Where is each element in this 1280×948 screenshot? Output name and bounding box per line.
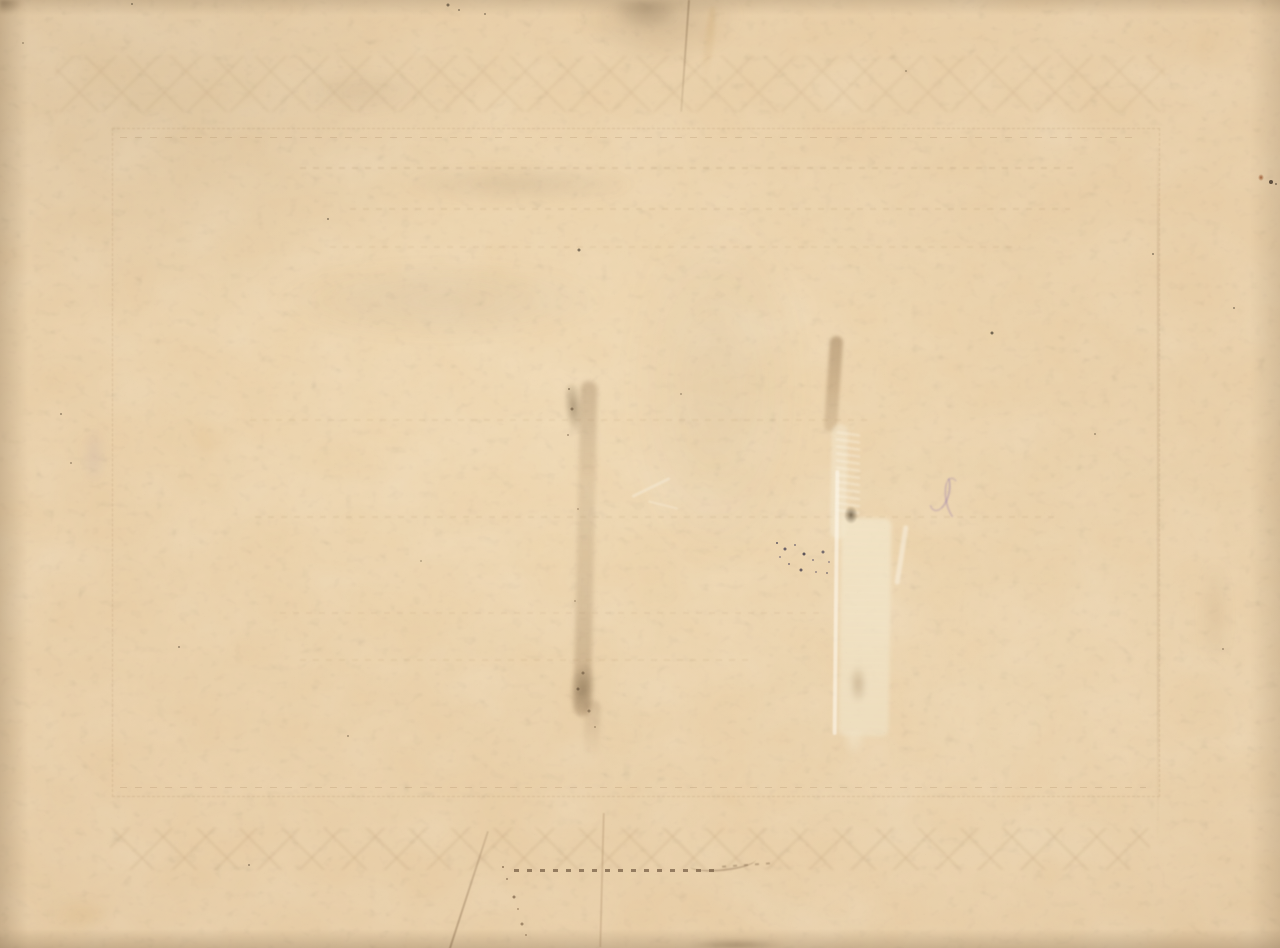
center-streak-specks: [568, 388, 570, 390]
tape-brown-dab: [849, 664, 867, 704]
showthrough-heading-blotch: [385, 163, 650, 205]
top-edge-stain-core: [606, 0, 684, 36]
right-vertical-crease: [1157, 140, 1159, 840]
scanned-aged-paper-document: [0, 0, 1280, 948]
right-lower-smudge: [1200, 556, 1230, 686]
bottom-center-edge-smudge: [688, 938, 783, 948]
ink-speckle-cluster: [776, 542, 778, 544]
bottom-crease-specks: [502, 866, 504, 868]
rust-speck: [1258, 174, 1264, 181]
tape-crackle-top: [836, 428, 860, 518]
corner-smudge-topleft: [0, 0, 28, 18]
showthrough-center-column: [595, 200, 835, 670]
showthrough-garland-bottom: [110, 828, 1150, 870]
bottom-left-yellow-stain: [52, 894, 116, 932]
center-streak-tail: [583, 700, 601, 759]
artifact-layer: [0, 0, 1280, 948]
stitch-dash-line: [514, 869, 714, 872]
tape-bottom-tail: [842, 730, 866, 760]
showthrough-frame-top-line: [120, 137, 1140, 138]
tape-dark-blob: [844, 506, 858, 524]
scattered-paper-specks: [0, 0, 2, 2]
purple-smudge-left-edge: [82, 426, 106, 486]
showthrough-garland-clump: [295, 68, 425, 114]
dark-speck-right: [1269, 180, 1273, 184]
showthrough-frame-bottom-line: [120, 787, 1146, 788]
